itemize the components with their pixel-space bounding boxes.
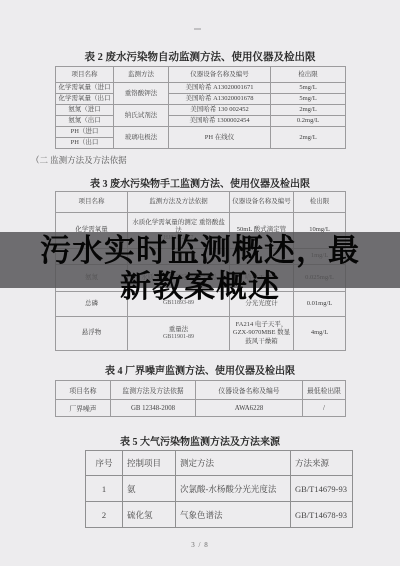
cell-no: 1 (86, 476, 123, 502)
cell-source: GB/T14679-93 (291, 476, 353, 502)
cell-name: 氨氮（出口 (56, 116, 114, 127)
table-2-auto-monitoring: 项目名称 监测方法 仪器设备名称及编号 检出限 化学需氧量（进口 重铬酸钾法 美… (55, 66, 346, 149)
page-number: 3 / 8 (0, 541, 400, 549)
header-cell: 控制项目 (123, 451, 176, 476)
cell-limit: 2mg/L (271, 105, 346, 116)
table-header-row: 序号 控制项目 测定方法 方法来源 (86, 451, 353, 476)
header-cell: 项目名称 (56, 381, 111, 400)
header-cell: 监测方法及方法依据 (128, 192, 230, 213)
cell-no: 2 (86, 502, 123, 528)
cell-name: 厂界噪声 (56, 400, 111, 417)
cell-instrument: 美国哈希 A13020001678 (169, 94, 271, 105)
table-row: 化学需氧量（出口 美国哈希 A13020001678 5mg/L (56, 94, 346, 105)
table-row: 悬浮物 重量法 GB11901-89 FA214 电子天平，GZX-9070MB… (56, 317, 346, 351)
table-header-row: 项目名称 监测方法及方法依据 仪器设备名称及编号 最低检出限 (56, 381, 346, 400)
table-row: 1 氨 次氯酸-水杨酸分光光度法 GB/T14679-93 (86, 476, 353, 502)
watermark-title: 污水实时监测概述，最 新教案概述 (0, 233, 400, 305)
cell-instrument: PH 在线仪 (169, 127, 271, 149)
cell-item: 硫化氢 (123, 502, 176, 528)
header-cell: 仪器设备名称及编号 (230, 192, 294, 213)
table4-title: 表 4 厂界噪声监测方法、使用仪器及检出限 (0, 362, 400, 377)
header-cell: 检出限 (271, 67, 346, 83)
table-row: 氨氮（进口 纳氏试剂法 美国哈希 130 002452 2mg/L (56, 105, 346, 116)
cell-method: 气象色谱法 (176, 502, 291, 528)
header-cell: 仪器设备名称及编号 (169, 67, 271, 83)
cell-method: 次氯酸-水杨酸分光光度法 (176, 476, 291, 502)
header-cell: 最低检出限 (303, 381, 346, 400)
table3-title: 表 3 废水污染物手工监测方法、使用仪器及检出限 (0, 175, 400, 190)
header-cell: 监测方法及方法依据 (111, 381, 196, 400)
method-text: 重量法 (130, 326, 227, 334)
table-5-air-pollutants: 序号 控制项目 测定方法 方法来源 1 氨 次氯酸-水杨酸分光光度法 GB/T1… (85, 450, 353, 528)
table2-title: 表 2 废水污染物自动监测方法、使用仪器及检出限 (0, 49, 400, 64)
cell-instrument: FA214 电子天平，GZX-9070MBE 数显鼓风干燥箱 (230, 317, 294, 351)
cell-name: PH（进口 (56, 127, 114, 138)
section-note: （二 监测方法及方法依据 (31, 154, 127, 166)
table-row: 厂界噪声 GB 12348-2008 AWA6228 / (56, 400, 346, 417)
cell-limit: 0.2mg/L (271, 116, 346, 127)
cell-name: PH（出口 (56, 138, 114, 149)
cell-method: GB 12348-2008 (111, 400, 196, 417)
cell-name: 化学需氧量（进口 (56, 83, 114, 94)
cell-instrument: 美国哈希 1300002454 (169, 116, 271, 127)
header-cell: 序号 (86, 451, 123, 476)
cell-name: 悬浮物 (56, 317, 128, 351)
header-cell: 项目名称 (56, 192, 128, 213)
cell-name: 化学需氧量（出口 (56, 94, 114, 105)
cell-limit: / (303, 400, 346, 417)
cell-method: 玻璃电极法 (114, 127, 169, 149)
header-cell: 测定方法 (176, 451, 291, 476)
cell-method: 纳氏试剂法 (114, 105, 169, 127)
cell-item: 氨 (123, 476, 176, 502)
header-cell: 仪器设备名称及编号 (196, 381, 303, 400)
watermark-line2: 新教案概述 (0, 269, 400, 305)
table-row: 化学需氧量（进口 重铬酸钾法 美国哈希 A13020001671 5mg/L (56, 83, 346, 94)
cell-method: 重量法 GB11901-89 (128, 317, 230, 351)
table-header-row: 项目名称 监测方法及方法依据 仪器设备名称及编号 检出限 (56, 192, 346, 213)
watermark-line1: 污水实时监测概述，最 (0, 233, 400, 269)
table-row: 2 硫化氢 气象色谱法 GB/T14678-93 (86, 502, 353, 528)
cell-limit: 2mg/L (271, 127, 346, 149)
cell-limit: 5mg/L (271, 83, 346, 94)
cell-name: 氨氮（进口 (56, 105, 114, 116)
cell-instrument: AWA6228 (196, 400, 303, 417)
table-header-row: 项目名称 监测方法 仪器设备名称及编号 检出限 (56, 67, 346, 83)
cell-instrument: 美国哈希 130 002452 (169, 105, 271, 116)
cell-method: 重铬酸钾法 (114, 83, 169, 105)
method-ref: GB11901-89 (130, 334, 227, 342)
table-4-noise-monitoring: 项目名称 监测方法及方法依据 仪器设备名称及编号 最低检出限 厂界噪声 GB 1… (55, 380, 346, 417)
document-page: 表 2 废水污染物自动监测方法、使用仪器及检出限 项目名称 监测方法 仪器设备名… (0, 0, 400, 566)
page-top-mark (194, 28, 201, 30)
cell-instrument: 美国哈希 A13020001671 (169, 83, 271, 94)
cell-limit: 4mg/L (294, 317, 346, 351)
header-cell: 监测方法 (114, 67, 169, 83)
table-row: 氨氮（出口 美国哈希 1300002454 0.2mg/L (56, 116, 346, 127)
cell-limit: 5mg/L (271, 94, 346, 105)
cell-source: GB/T14678-93 (291, 502, 353, 528)
header-cell: 方法来源 (291, 451, 353, 476)
table-row: PH（进口 玻璃电极法 PH 在线仪 2mg/L (56, 127, 346, 138)
header-cell: 项目名称 (56, 67, 114, 83)
table5-title: 表 5 大气污染物监测方法及方法来源 (0, 433, 400, 448)
header-cell: 检出限 (294, 192, 346, 213)
